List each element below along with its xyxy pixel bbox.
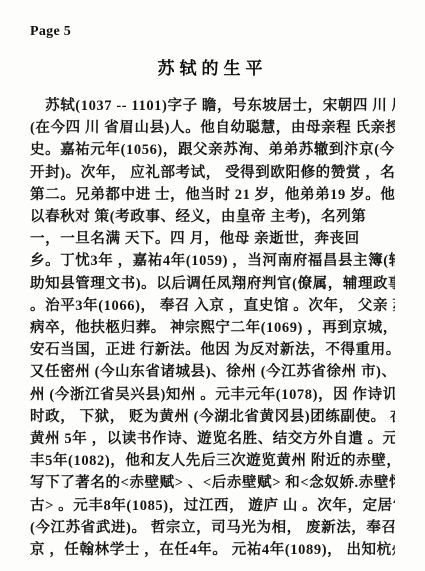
body-paragraph: 苏轼(1037 -- 1101)字子 瞻，号东坡居士，宋朝四 川 眉山(在今四 … — [30, 95, 395, 561]
text-line: 又任密州 (今山东省诸城县)、徐州 (今江苏省徐州 市)、湖 — [30, 361, 395, 383]
text-line: 以春秋对 策(考政事、经义，由皇帝 主考)，名列第 — [30, 206, 395, 228]
text-line: 开封)。次年， 应礼部考试， 受得到欧阳修的赞赏 ，名列 — [30, 162, 395, 184]
text-line: 古> 。元丰8年(1085)，过江西， 遊庐 山 。次年，定居常州 — [30, 495, 395, 517]
text-line: 苏轼(1037 -- 1101)字子 瞻，号东坡居士，宋朝四 川 眉山 — [30, 95, 395, 117]
text-line: 第二。兄弟都中进 士，他当时 21 岁，他弟弟19 岁。他又 — [30, 184, 395, 206]
text-line: 史。嘉祐元年(1056)，跟父亲苏洵、弟弟苏辙到汴京(今河南 — [30, 139, 395, 161]
text-line: 州 (今浙江省吴兴县)知州 。元丰元年(1078)，因 作诗讥讽 — [30, 384, 395, 406]
text-line: 乡。丁忧3年 ，嘉祐4年(1059) ，当河南府福昌县主簿(辅 — [30, 250, 395, 272]
document-page: Page 5 苏轼的生平 苏轼(1037 -- 1101)字子 瞻，号东坡居士，… — [0, 0, 425, 571]
text-line: 时政， 下狱， 贬为黄州 (今湖北省黄冈县)团练副使。 在 — [30, 406, 395, 428]
text-line: 黄州 5年 ，以读书作诗、遊览名胜、结交方外自遣 。元 — [30, 428, 395, 450]
text-line: 安石当国，正进 行新法。他因 为反对新法，不得重用。后 — [30, 339, 395, 361]
document-title: 苏轼的生平 — [30, 54, 395, 79]
text-line: 京 ，任翰林学士 ，在任4年。 元祐4年(1089)， 出知杭州 — [30, 539, 395, 561]
page-number-header: Page 5 — [30, 24, 395, 40]
text-line: 助知县管理文书)。以后调任凤翔府判官(僚属，辅理政事) — [30, 273, 395, 295]
text-line: 写下了著名的<赤壁赋> 、<后赤壁赋> 和<念奴娇.赤壁怀 — [30, 472, 395, 494]
text-line: 一，一旦名满 天下。四 月，他母 亲逝世，奔丧回 — [30, 228, 395, 250]
text-line: 病卒，他扶柩归葬。 神宗熙宁二年(1069) ，再到京城，王 — [30, 317, 395, 339]
text-line: 。治平3年(1066)， 奉召 入京 ，直史馆 。次年， 父亲 苏洵 — [30, 295, 395, 317]
text-line: 丰5年(1082)，他和友人先后三次遊览黄州 附近的赤壁， — [30, 450, 395, 472]
text-line: (在今四 川 省眉山县)人。他自幼聪慧，由母亲程 氏亲授经 — [30, 117, 395, 139]
text-line: (今江苏省武进)。 哲宗立，司马光为相， 废新法，奉召 入 — [30, 517, 395, 539]
